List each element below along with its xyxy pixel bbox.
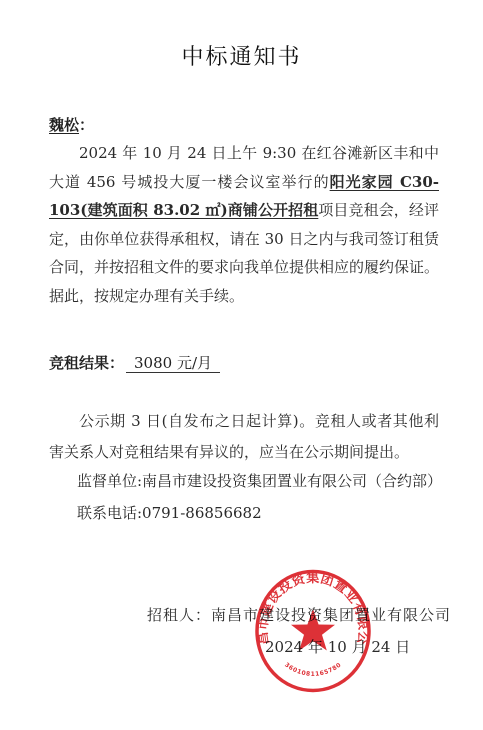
- bid-result-value: 3080 元/月: [126, 354, 220, 373]
- bid-result: 竞租结果：3080 元/月: [49, 352, 220, 373]
- document-page: 中标通知书 魏松： 2024 年 10 月 24 日上午 9:30 在红谷滩新区…: [0, 0, 483, 730]
- recipient-colon: ：: [79, 116, 94, 134]
- recipient-salutation: 魏松：: [49, 114, 94, 135]
- contact-phone: 联系电话:0791-86856682: [77, 502, 262, 523]
- publicity-notice: 公示期 3 日(自发布之日起计算)。竞租人或者其他利害关系人对竞租结果有异议的，…: [49, 406, 439, 468]
- svg-text:3601081165780: 3601081165780: [283, 661, 343, 677]
- award-paragraph: 2024 年 10 月 24 日上午 9:30 在红谷滩新区丰和中大道 456 …: [49, 139, 439, 311]
- official-seal-icon: 南昌市建设投资集团置业有限公司 3601081165780: [254, 569, 372, 693]
- supervisor-unit: 监督单位:南昌市建设投资集团置业有限公司（合约部）: [77, 470, 442, 491]
- document-title: 中标通知书: [0, 40, 483, 71]
- bid-result-label: 竞租结果：: [49, 354, 124, 372]
- recipient-name: 魏松: [49, 116, 79, 134]
